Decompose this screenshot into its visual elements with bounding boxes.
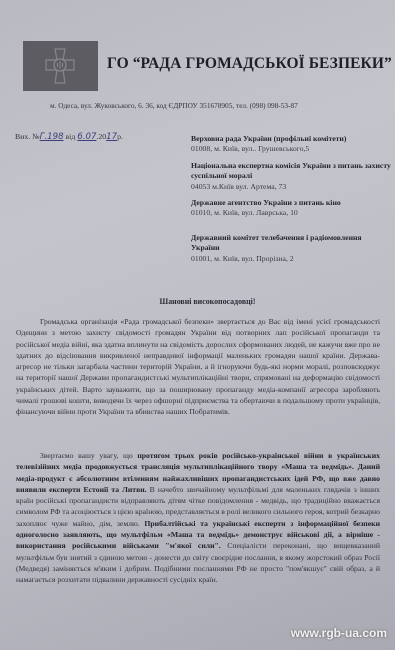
recipient-name: Державний комітет телебачення і радіомов… xyxy=(191,233,391,254)
paragraph-2-text: Звертаємо вашу увагу, що xyxy=(40,451,137,460)
watermark: www.rgb-ua.com xyxy=(291,626,387,640)
recipient-name: Верховна рада України (профільні комітет… xyxy=(191,134,391,144)
organization-title: ГО “РАДА ГРОМАДСЬКОЇ БЕЗПЕКИ” xyxy=(107,55,392,73)
recipient-address: 04053 м.Київ вул. Артема, 73 xyxy=(191,182,391,192)
paragraph-1-text: Громадська організація «Рада громадської… xyxy=(16,317,380,416)
from-label: від xyxy=(66,132,76,141)
outgoing-prefix: Вих. № xyxy=(15,132,40,141)
outgoing-number-line: Вих. №Г.198 від 6.07.2017р. xyxy=(15,132,123,142)
organization-address: м. Одеса, вул. Жуковського, 6. 36, код Є… xyxy=(50,101,298,110)
year-suffix: 17 xyxy=(106,132,117,142)
paragraph-2: Звертаємо вашу увагу, що протягом трьох … xyxy=(16,450,380,586)
recipient-address: 01008, м. Київ, вул.. Грушевського,5 xyxy=(191,144,391,154)
year-end: р. xyxy=(117,132,123,141)
recipient-address: 01010, м. Київ, вул. Лаврська, 10 xyxy=(191,208,391,218)
year-prefix: .20 xyxy=(96,132,106,141)
paragraph-1: Громадська організація «Рада громадської… xyxy=(16,316,380,418)
salutation: Шановні високопосадовці! xyxy=(0,297,395,306)
date-month: 07 xyxy=(85,132,96,142)
recipients-block: Верховна рада України (профільні комітет… xyxy=(191,134,391,270)
recipient-name: Державне агентство України з питань кіно xyxy=(191,198,391,208)
outgoing-number: Г.198 xyxy=(40,132,64,142)
letter-page: ГО “РАДА ГРОМАДСЬКОЇ БЕЗПЕКИ” м. Одеса, … xyxy=(0,0,395,650)
logo xyxy=(23,41,98,91)
recipient-name: Національна експертна комісія України з … xyxy=(191,161,391,182)
recipient-address: 01001, м. Київ, вул. Прорізна, 2 xyxy=(191,254,391,264)
cross-emblem-icon xyxy=(41,47,79,85)
